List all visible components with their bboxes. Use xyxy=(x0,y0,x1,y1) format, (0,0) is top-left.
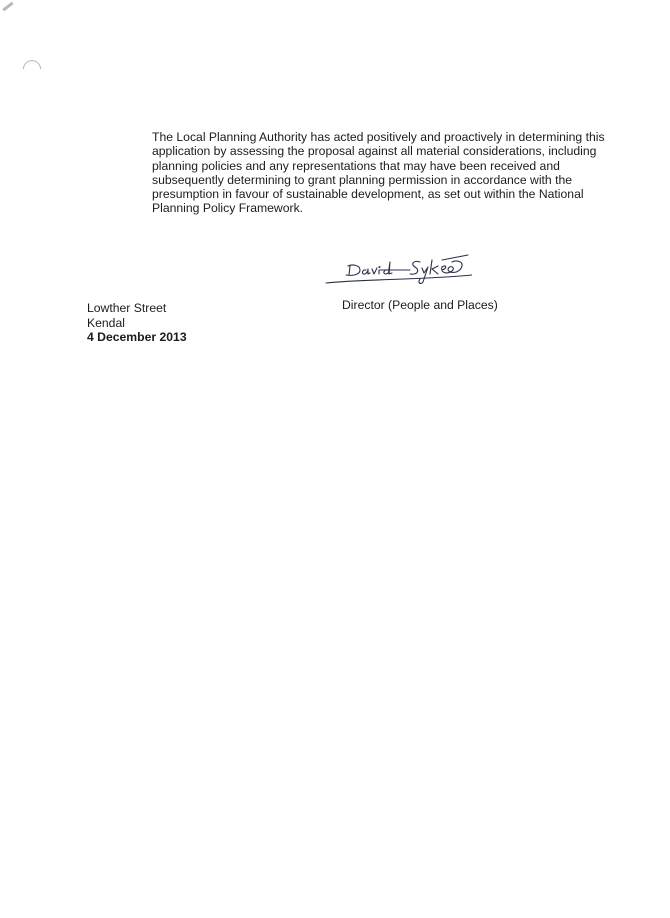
signatory-title: Director (People and Places) xyxy=(342,298,498,312)
address-town: Kendal xyxy=(87,316,187,331)
body-line: subsequently determining to grant planni… xyxy=(152,173,612,187)
document-date: 4 December 2013 xyxy=(87,330,187,345)
punch-hole-mark xyxy=(19,56,44,81)
handwritten-signature xyxy=(322,250,472,292)
body-line: application by assessing the proposal ag… xyxy=(152,144,612,158)
body-paragraph: The Local Planning Authority has acted p… xyxy=(152,130,612,216)
scan-artifact-mark xyxy=(2,2,13,12)
address-block: Lowther Street Kendal 4 December 2013 xyxy=(87,301,187,345)
body-line: The Local Planning Authority has acted p… xyxy=(152,130,612,144)
signature-icon xyxy=(322,250,472,292)
body-line: presumption in favour of sustainable dev… xyxy=(152,187,612,201)
body-line: planning policies and any representation… xyxy=(152,159,612,173)
address-street: Lowther Street xyxy=(87,301,187,316)
body-line: Planning Policy Framework. xyxy=(152,201,612,215)
